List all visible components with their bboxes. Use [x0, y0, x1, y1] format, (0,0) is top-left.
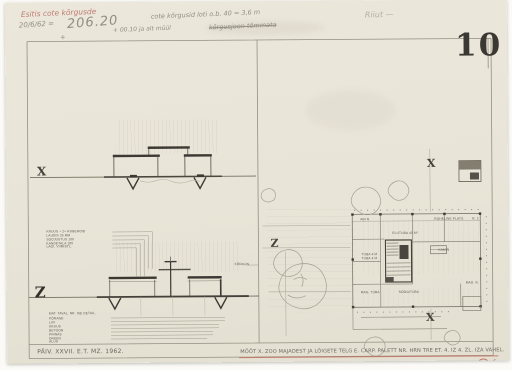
footing-marks [109, 297, 227, 309]
chimney-fill [399, 245, 408, 259]
roof-note-line: LAGI, VIIMISTL. [46, 246, 85, 250]
roof-construction-notes: KRUUS + 2× RUBEROID LAUDIS 25 MM SOOJUST… [46, 230, 85, 249]
room-label: R. 2 [472, 216, 478, 220]
room-label: MAG. TUBA [361, 290, 380, 294]
room-label: KAMIN [438, 248, 449, 252]
red-check-scribble [479, 359, 495, 362]
sheet-frame [27, 38, 493, 358]
room-label: ROHELINE PLATS [434, 217, 463, 221]
plan-cut-x-bottom: X [426, 311, 435, 324]
z-side-note: KÕRGUS [235, 262, 250, 266]
roof-note-leaders [112, 232, 152, 277]
room-label: TUBA 4 M [362, 256, 378, 260]
foundation-notes: MAT. TAVAL. NR. ISE DETAIL. PÕRAND LIIV … [49, 312, 96, 345]
handwritten-faint-note: Riiut — [365, 10, 394, 20]
plan-cut-z-left: Z [270, 237, 278, 250]
drawing-paper: Esitis cote kõrgusde 20/6/62 = 206.20 + … [5, 0, 510, 364]
room-label: ABI R. [360, 217, 370, 221]
section-x-drawing [30, 147, 256, 190]
section-x-label: X [37, 164, 46, 178]
sheet-number: 10 [455, 30, 502, 61]
linework-svg [5, 0, 510, 364]
room-label: MAG. R. [466, 280, 479, 284]
scanned-sheet: { "sheet": { "number": "10", "handwritin… [0, 0, 512, 370]
section-z-label: Z [35, 283, 46, 301]
plan-cut-x-top: X [427, 157, 436, 170]
registration-plus-mark: + [60, 33, 66, 41]
foundation-note-row: ALUS [49, 341, 96, 345]
floor-plan-drawing [262, 148, 487, 341]
plan-step-block [463, 296, 481, 310]
garden-structure [459, 160, 481, 181]
plan-core [385, 240, 411, 282]
foundation-note-leaders [111, 317, 225, 339]
title-block-left: PÄIV. XXVII. E.T. MZ. 1962. [37, 348, 124, 356]
cut-lines [262, 149, 431, 341]
room-label: SÖÖGITUBA [399, 290, 419, 294]
room-label: ELUTUBA 40 M² [392, 231, 418, 235]
